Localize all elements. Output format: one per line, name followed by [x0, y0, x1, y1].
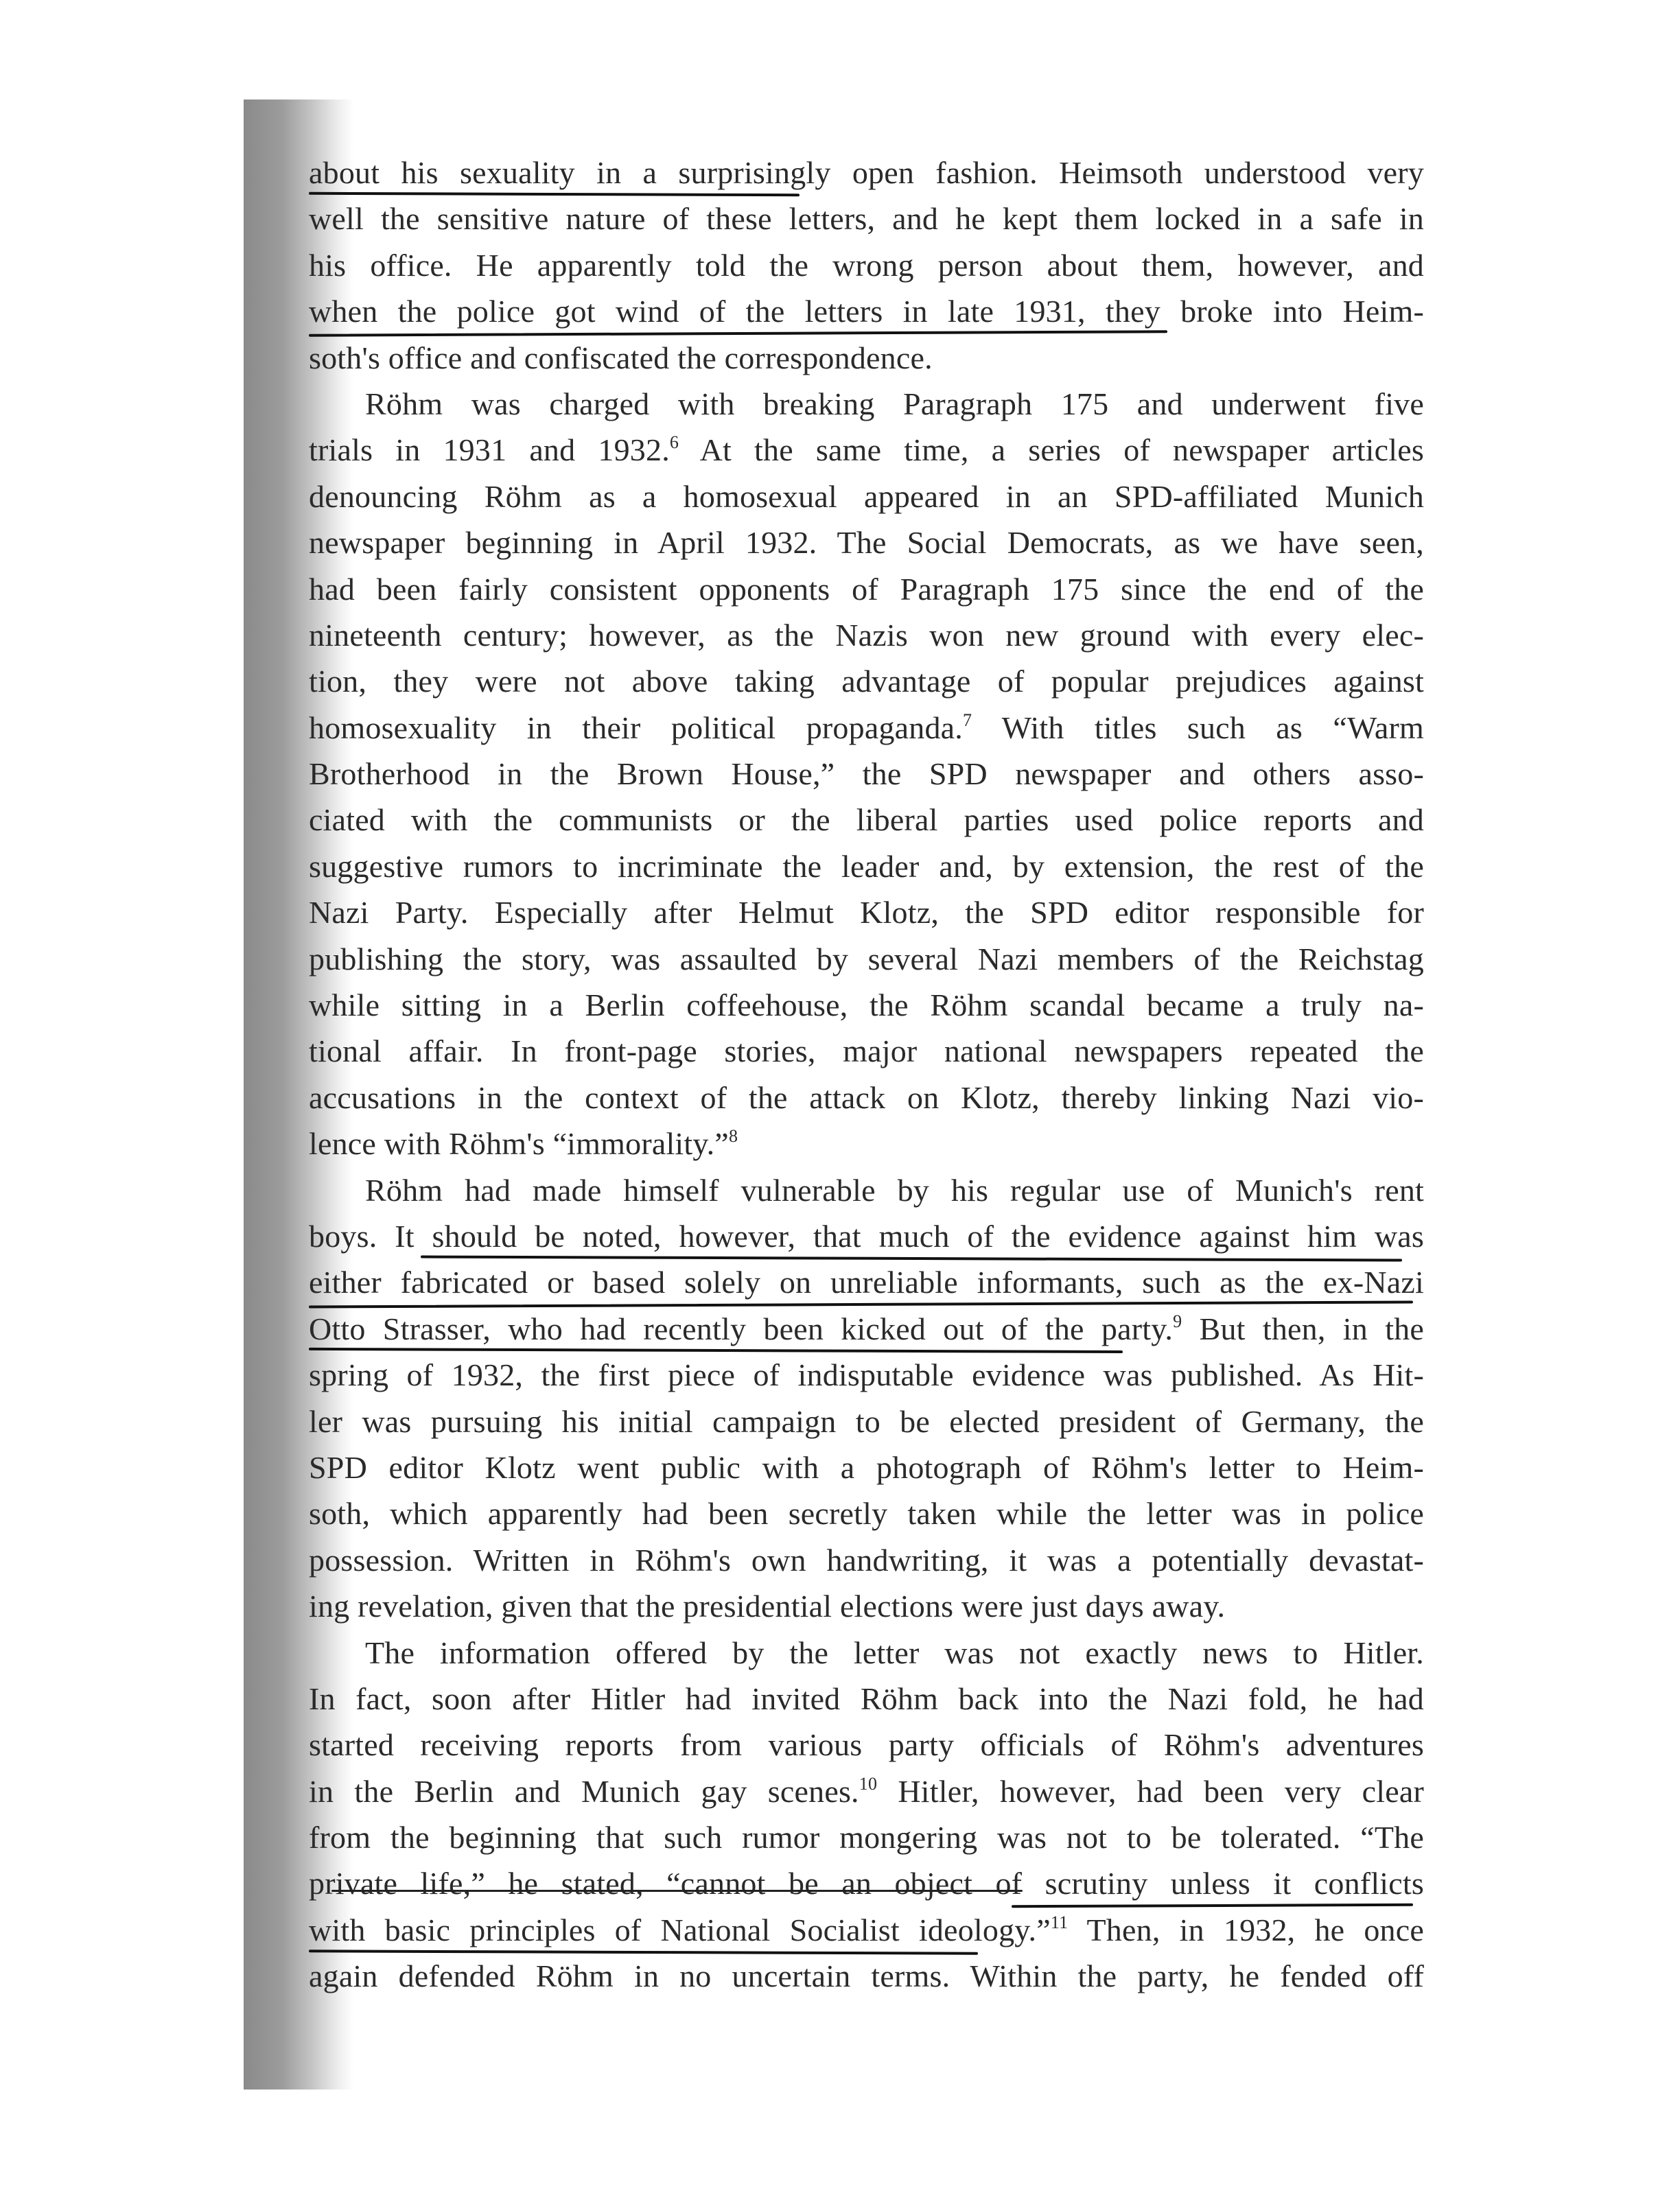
text-line: ler was pursuing his initial campaign to…	[309, 1398, 1424, 1444]
book-page-body: about his sexuality in a surprisingly op…	[309, 150, 1424, 2000]
text-line: ciated with the communists or the libera…	[309, 797, 1424, 843]
line-text: possession. Written in Röhm's own handwr…	[309, 1543, 1424, 1578]
line-text: in the Berlin and Munich gay scenes.	[309, 1774, 859, 1809]
text-line: when the police got wind of the letters …	[309, 288, 1424, 334]
text-line: either fabricated or based solely on unr…	[309, 1259, 1424, 1305]
text-line: spring of 1932, the first piece of indis…	[309, 1352, 1424, 1398]
line-text: well the sensitive nature of these lette…	[309, 201, 1424, 236]
text-line: from the beginning that such rumor monge…	[309, 1814, 1424, 1860]
text-line: Brotherhood in the Brown House,” the SPD…	[309, 751, 1424, 797]
footnote-marker: 8	[729, 1126, 738, 1146]
text-line: boys. It should be noted, however, that …	[309, 1213, 1424, 1259]
line-text: had been fairly consistent opponents of …	[309, 572, 1424, 607]
text-line: soth's office and confiscated the corres…	[309, 335, 1424, 381]
text-line: Röhm was charged with breaking Paragraph…	[309, 381, 1424, 427]
line-text: Nazi Party. Especially after Helmut Klot…	[309, 895, 1424, 930]
line-text: Brotherhood in the Brown House,” the SPD…	[309, 756, 1424, 791]
text-line: suggestive rumors to incriminate the lea…	[309, 843, 1424, 889]
line-text: spring of 1932, the first piece of indis…	[309, 1357, 1424, 1392]
text-line: denouncing Röhm as a homosexual appeared…	[309, 473, 1424, 519]
line-text: Röhm had made himself vulnerable by his …	[365, 1173, 1424, 1208]
text-line: well the sensitive nature of these lette…	[309, 196, 1424, 242]
footnote-marker: 6	[670, 432, 679, 452]
pen-strikethrough	[331, 1890, 1023, 1892]
line-text: The information offered by the letter wa…	[365, 1635, 1424, 1670]
line-text: again defended Röhm in no uncertain term…	[309, 1958, 1424, 1993]
line-text: soth's office and confiscated the corres…	[309, 340, 933, 375]
text-line: accusations in the context of the attack…	[309, 1075, 1424, 1121]
text-line: his office. He apparently told the wrong…	[309, 242, 1424, 288]
text-line: while sitting in a Berlin coffeehouse, t…	[309, 982, 1424, 1028]
text-line: in the Berlin and Munich gay scenes.10 H…	[309, 1768, 1424, 1814]
text-line: The information offered by the letter wa…	[309, 1630, 1424, 1676]
text-line: publishing the story, was assaulted by s…	[309, 936, 1424, 982]
line-text: tional affair. In front-page stories, ma…	[309, 1033, 1424, 1068]
footnote-marker: 10	[859, 1774, 877, 1794]
line-text: nineteenth century; however, as the Nazi…	[309, 618, 1424, 653]
line-text: newspaper beginning in April 1932. The S…	[309, 525, 1424, 560]
line-text: started receiving reports from various p…	[309, 1727, 1424, 1762]
line-text: ing revelation, given that the president…	[309, 1589, 1225, 1624]
line-text: suggestive rumors to incriminate the lea…	[309, 849, 1424, 884]
text-line: homosexuality in their political propaga…	[309, 705, 1424, 751]
line-text: trials in 1931 and 1932.	[309, 432, 670, 467]
line-text-continued: But then, in the	[1182, 1311, 1424, 1346]
line-text: ler was pursuing his initial campaign to…	[309, 1404, 1424, 1439]
line-text: with basic principles of National Social…	[309, 1912, 1051, 1947]
line-text-continued: Then, in 1932, he once	[1068, 1912, 1424, 1947]
line-text: homosexuality in their political propaga…	[309, 710, 963, 745]
line-text-continued: Hitler, however, had been very clear	[877, 1774, 1424, 1809]
text-line: Röhm had made himself vulnerable by his …	[309, 1167, 1424, 1213]
text-line: Otto Strasser, who had recently been kic…	[309, 1306, 1424, 1352]
text-line: soth, which apparently had been secretly…	[309, 1490, 1424, 1536]
line-text: Röhm was charged with breaking Paragraph…	[365, 386, 1424, 421]
text-line: SPD editor Klotz went public with a phot…	[309, 1444, 1424, 1490]
line-text: accusations in the context of the attack…	[309, 1080, 1424, 1115]
text-line: with basic principles of National Social…	[309, 1907, 1424, 1953]
line-text: soth, which apparently had been secretly…	[309, 1496, 1424, 1531]
line-text: from the beginning that such rumor monge…	[309, 1820, 1424, 1855]
line-text: tion, they were not above taking advanta…	[309, 664, 1424, 699]
text-line: trials in 1931 and 1932.6 At the same ti…	[309, 427, 1424, 473]
line-text: ciated with the communists or the libera…	[309, 802, 1424, 837]
line-text: boys. It should be noted, however, that …	[309, 1219, 1424, 1254]
text-line: nineteenth century; however, as the Nazi…	[309, 612, 1424, 658]
line-text: In fact, soon after Hitler had invited R…	[309, 1681, 1424, 1716]
line-text: about his sexuality in a surprisingly op…	[309, 155, 1424, 190]
line-text: SPD editor Klotz went public with a phot…	[309, 1450, 1424, 1485]
text-line: In fact, soon after Hitler had invited R…	[309, 1676, 1424, 1722]
line-text-continued: With titles such as “Warm	[972, 710, 1424, 745]
line-text: either fabricated or based solely on unr…	[309, 1265, 1424, 1300]
text-line: lence with Röhm's “immorality.”8	[309, 1121, 1424, 1167]
footnote-marker: 9	[1173, 1311, 1182, 1331]
text-line: private life,” he stated, “cannot be an …	[309, 1860, 1424, 1906]
text-line: had been fairly consistent opponents of …	[309, 566, 1424, 612]
text-line: ing revelation, given that the president…	[309, 1583, 1424, 1629]
text-line: possession. Written in Röhm's own handwr…	[309, 1537, 1424, 1583]
text-line: tion, they were not above taking advanta…	[309, 658, 1424, 704]
text-line: again defended Röhm in no uncertain term…	[309, 1953, 1424, 1999]
text-line: tional affair. In front-page stories, ma…	[309, 1028, 1424, 1074]
line-text: private life,” he stated, “cannot be an …	[309, 1866, 1424, 1901]
footnote-marker: 7	[963, 710, 972, 730]
text-line: Nazi Party. Especially after Helmut Klot…	[309, 889, 1424, 935]
text-line: started receiving reports from various p…	[309, 1722, 1424, 1768]
line-text: denouncing Röhm as a homosexual appeared…	[309, 479, 1424, 514]
line-text-continued: At the same time, a series of newspaper …	[679, 432, 1424, 467]
line-text: lence with Röhm's “immorality.”	[309, 1126, 729, 1161]
line-text: publishing the story, was assaulted by s…	[309, 941, 1424, 976]
line-text: Otto Strasser, who had recently been kic…	[309, 1311, 1173, 1346]
line-text: when the police got wind of the letters …	[309, 294, 1424, 329]
footnote-marker: 11	[1051, 1912, 1068, 1932]
line-text: while sitting in a Berlin coffeehouse, t…	[309, 987, 1424, 1022]
text-line: about his sexuality in a surprisingly op…	[309, 150, 1424, 196]
text-line: newspaper beginning in April 1932. The S…	[309, 519, 1424, 565]
line-text: his office. He apparently told the wrong…	[309, 248, 1424, 283]
